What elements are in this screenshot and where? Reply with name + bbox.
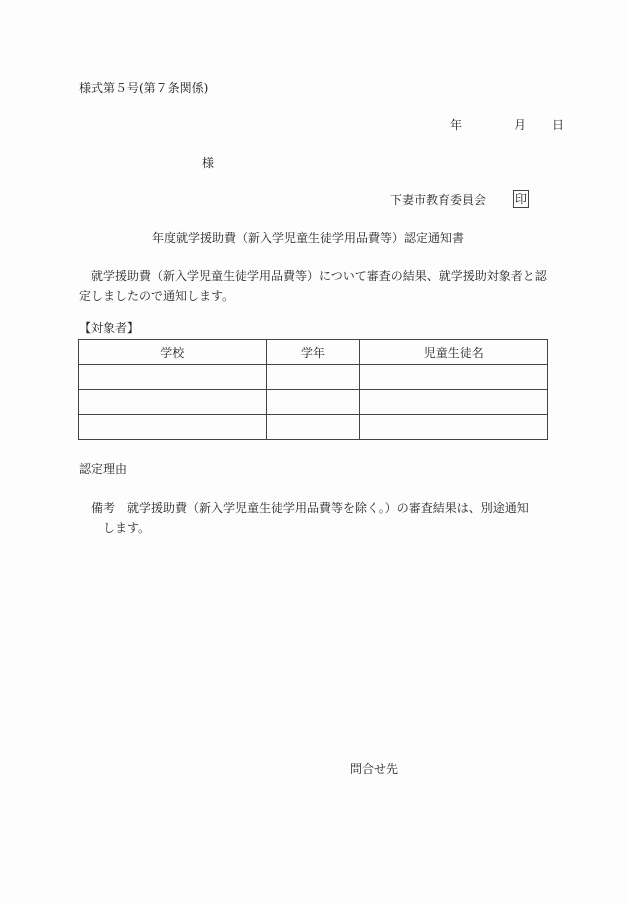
header-grade: 学年 <box>266 340 360 365</box>
seal-mark: 印 <box>513 190 529 208</box>
cell-grade <box>266 365 360 390</box>
note-line-2: します。 <box>91 518 556 538</box>
target-label: 【対象者】 <box>79 321 139 335</box>
table-header-row: 学校 学年 児童生徒名 <box>79 340 548 365</box>
body-text: 就学援助費（新入学児童生徒学用品費等）について審査の結果、就学援助対象者と認定し… <box>79 266 554 306</box>
issuer-name: 下妻市教育委員会 <box>390 193 486 207</box>
note-line-1: 備考 就学援助費（新入学児童生徒学用品費等を除く。）の審査結果は、別途通知 <box>91 498 556 518</box>
document-title: 年度就学援助費（新入学児童生徒学用品費等）認定通知書 <box>152 231 464 245</box>
cell-student-name <box>360 415 548 440</box>
cell-grade <box>266 390 360 415</box>
cell-school <box>79 365 267 390</box>
contact-label: 問合せ先 <box>350 762 398 776</box>
cell-school <box>79 390 267 415</box>
table-row <box>79 390 548 415</box>
header-school: 学校 <box>79 340 267 365</box>
body-text-content: 就学援助費（新入学児童生徒学用品費等）について審査の結果、就学援助対象者と認定し… <box>79 269 547 303</box>
target-table: 学校 学年 児童生徒名 <box>78 339 548 440</box>
date-month: 月 <box>514 118 526 132</box>
form-number: 様式第５号(第７条関係) <box>79 81 208 95</box>
note: 備考 就学援助費（新入学児童生徒学用品費等を除く。）の審査結果は、別途通知 しま… <box>91 498 556 538</box>
cell-grade <box>266 415 360 440</box>
table-row <box>79 415 548 440</box>
header-student-name: 児童生徒名 <box>360 340 548 365</box>
table-row <box>79 365 548 390</box>
reason-label: 認定理由 <box>79 462 127 476</box>
date-line: 年月日 <box>450 118 564 132</box>
cell-school <box>79 415 267 440</box>
cell-student-name <box>360 390 548 415</box>
addressee-suffix: 様 <box>202 156 214 170</box>
date-year: 年 <box>450 118 462 132</box>
date-day: 日 <box>552 118 564 132</box>
cell-student-name <box>360 365 548 390</box>
